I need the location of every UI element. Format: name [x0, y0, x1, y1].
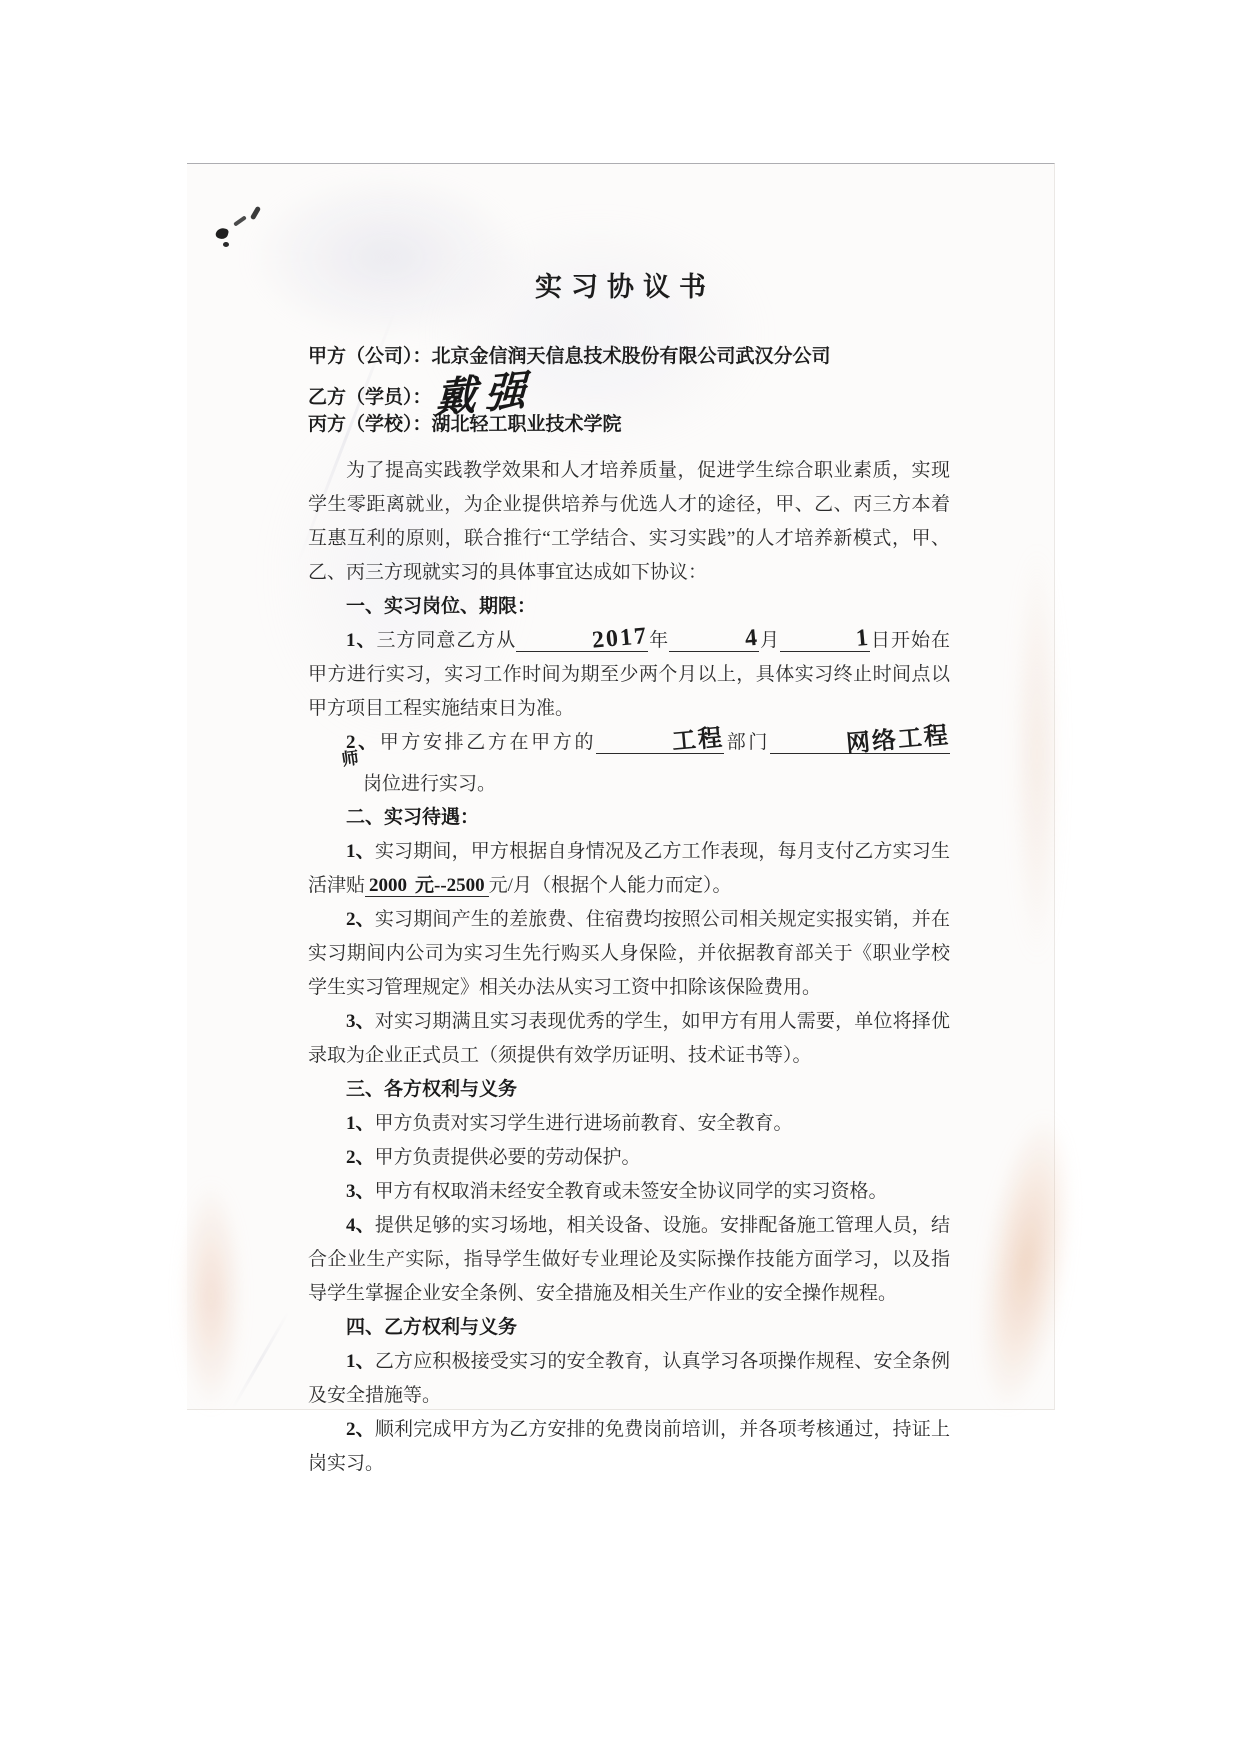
item-number: 1、	[346, 841, 375, 862]
ink-mark	[233, 215, 247, 226]
section-heading: 二、实习待遇：	[308, 801, 950, 835]
contract-item: 3、甲方有权取消未经安全教育或未签安全协议同学的实习资格。	[308, 1175, 950, 1209]
ink-mark	[215, 227, 229, 241]
paper-crease	[231, 1311, 290, 1409]
preamble-paragraph: 为了提高实践教学效果和人才培养质量，促进学生综合职业素质，实现学生零距离就业，为…	[308, 454, 950, 590]
section-heading: 三、各方权利与义务	[308, 1073, 950, 1107]
contract-item: 2、实习期间产生的差旅费、住宿费均按照公司相关规定实报实销，并在实习期间内公司为…	[308, 903, 950, 1005]
fill-in-department: 工程	[596, 731, 724, 754]
document-title: 实习协议书	[187, 272, 1054, 302]
signature-handwriting: 戴强	[434, 375, 535, 414]
party-label: 甲方（公司）：	[308, 346, 432, 367]
fill-in-position: 网络工程	[770, 731, 950, 754]
handwritten-year: 2017	[554, 626, 649, 654]
item-number: 2、	[346, 1147, 375, 1168]
contract-item: 1、乙方应积极接受实习的安全教育，认真学习各项操作规程、安全条例及安全措施等。	[308, 1345, 950, 1413]
item-number: 1、	[346, 1113, 375, 1134]
handwritten-month: 4	[706, 628, 760, 652]
contract-item: 2、顺利完成甲方为乙方安排的免费岗前培训，并各项考核通过，持证上岗实习。	[308, 1413, 950, 1481]
scanned-paper: 实习协议书 甲方（公司）：北京金信润天信息技术股份有限公司武汉分公司 乙方（学员…	[187, 163, 1055, 1410]
stipend-amount: 元--2500	[411, 875, 489, 897]
item-number: 3、	[346, 1181, 375, 1202]
document-body: 甲方（公司）：北京金信润天信息技术股份有限公司武汉分公司 乙方（学员）：戴强 丙…	[308, 340, 950, 1481]
item-number: 1、	[346, 630, 376, 651]
item-number: 3、	[346, 1011, 375, 1032]
party-label: 乙方（学员）：	[308, 387, 432, 408]
party-row-student: 乙方（学员）：戴强	[308, 374, 950, 408]
section-heading: 四、乙方权利与义务	[308, 1311, 950, 1345]
party-value: 北京金信润天信息技术股份有限公司武汉分公司	[432, 346, 831, 367]
handwritten-day: 1	[817, 628, 871, 652]
party-row-school: 丙方（学校）：湖北轻工职业技术学院	[308, 408, 950, 442]
handwritten-position-superscript: 师	[302, 741, 361, 782]
contract-item: 3、对实习期满且实习表现优秀的学生，如甲方有用人需要，单位将择优录取为企业正式员…	[308, 1005, 950, 1073]
item-number: 4、	[346, 1215, 375, 1236]
party-label: 丙方（学校）：	[308, 414, 432, 435]
fill-in-day: 1	[780, 629, 870, 652]
paper-stain	[179, 1181, 243, 1411]
handwritten-position: 网络工程	[807, 726, 950, 758]
item-number: 1、	[346, 1351, 375, 1372]
contract-item: 2、甲方负责提供必要的劳动保护。	[308, 1141, 950, 1175]
stipend-amount: 2000	[365, 875, 411, 897]
fill-in-month: 4	[669, 629, 759, 652]
item-number: 2、	[346, 909, 375, 930]
contract-item: 1、三方同意乙方从2017年4月1日开始在甲方进行实习，实习工作时间为期至少两个…	[308, 624, 950, 726]
ink-mark	[250, 206, 261, 221]
scan-background: 实习协议书 甲方（公司）：北京金信润天信息技术股份有限公司武汉分公司 乙方（学员…	[0, 0, 1242, 1755]
contract-item: 1、实习期间，甲方根据自身情况及乙方工作表现，每月支付乙方实习生活津贴2000元…	[308, 835, 950, 903]
paper-stain	[964, 1109, 1089, 1418]
handwritten-department: 工程	[633, 728, 724, 756]
contract-item: 4、提供足够的实习场地，相关设备、设施。安排配备施工管理人员，结合企业生产实际，…	[308, 1209, 950, 1311]
ink-mark	[223, 242, 229, 247]
contract-item: 1、甲方负责对实习学生进行进场前教育、安全教育。	[308, 1107, 950, 1141]
paper-stain	[247, 172, 527, 342]
section-heading: 一、实习岗位、期限：	[308, 590, 950, 624]
paper-stain	[1014, 544, 1060, 964]
party-row-company: 甲方（公司）：北京金信润天信息技术股份有限公司武汉分公司	[308, 340, 950, 374]
item-number: 2、	[346, 1419, 375, 1440]
fill-in-year: 2017	[516, 629, 648, 652]
contract-item: 2、甲方安排乙方在甲方的工程部门网络工程师岗位进行实习。	[308, 726, 950, 801]
